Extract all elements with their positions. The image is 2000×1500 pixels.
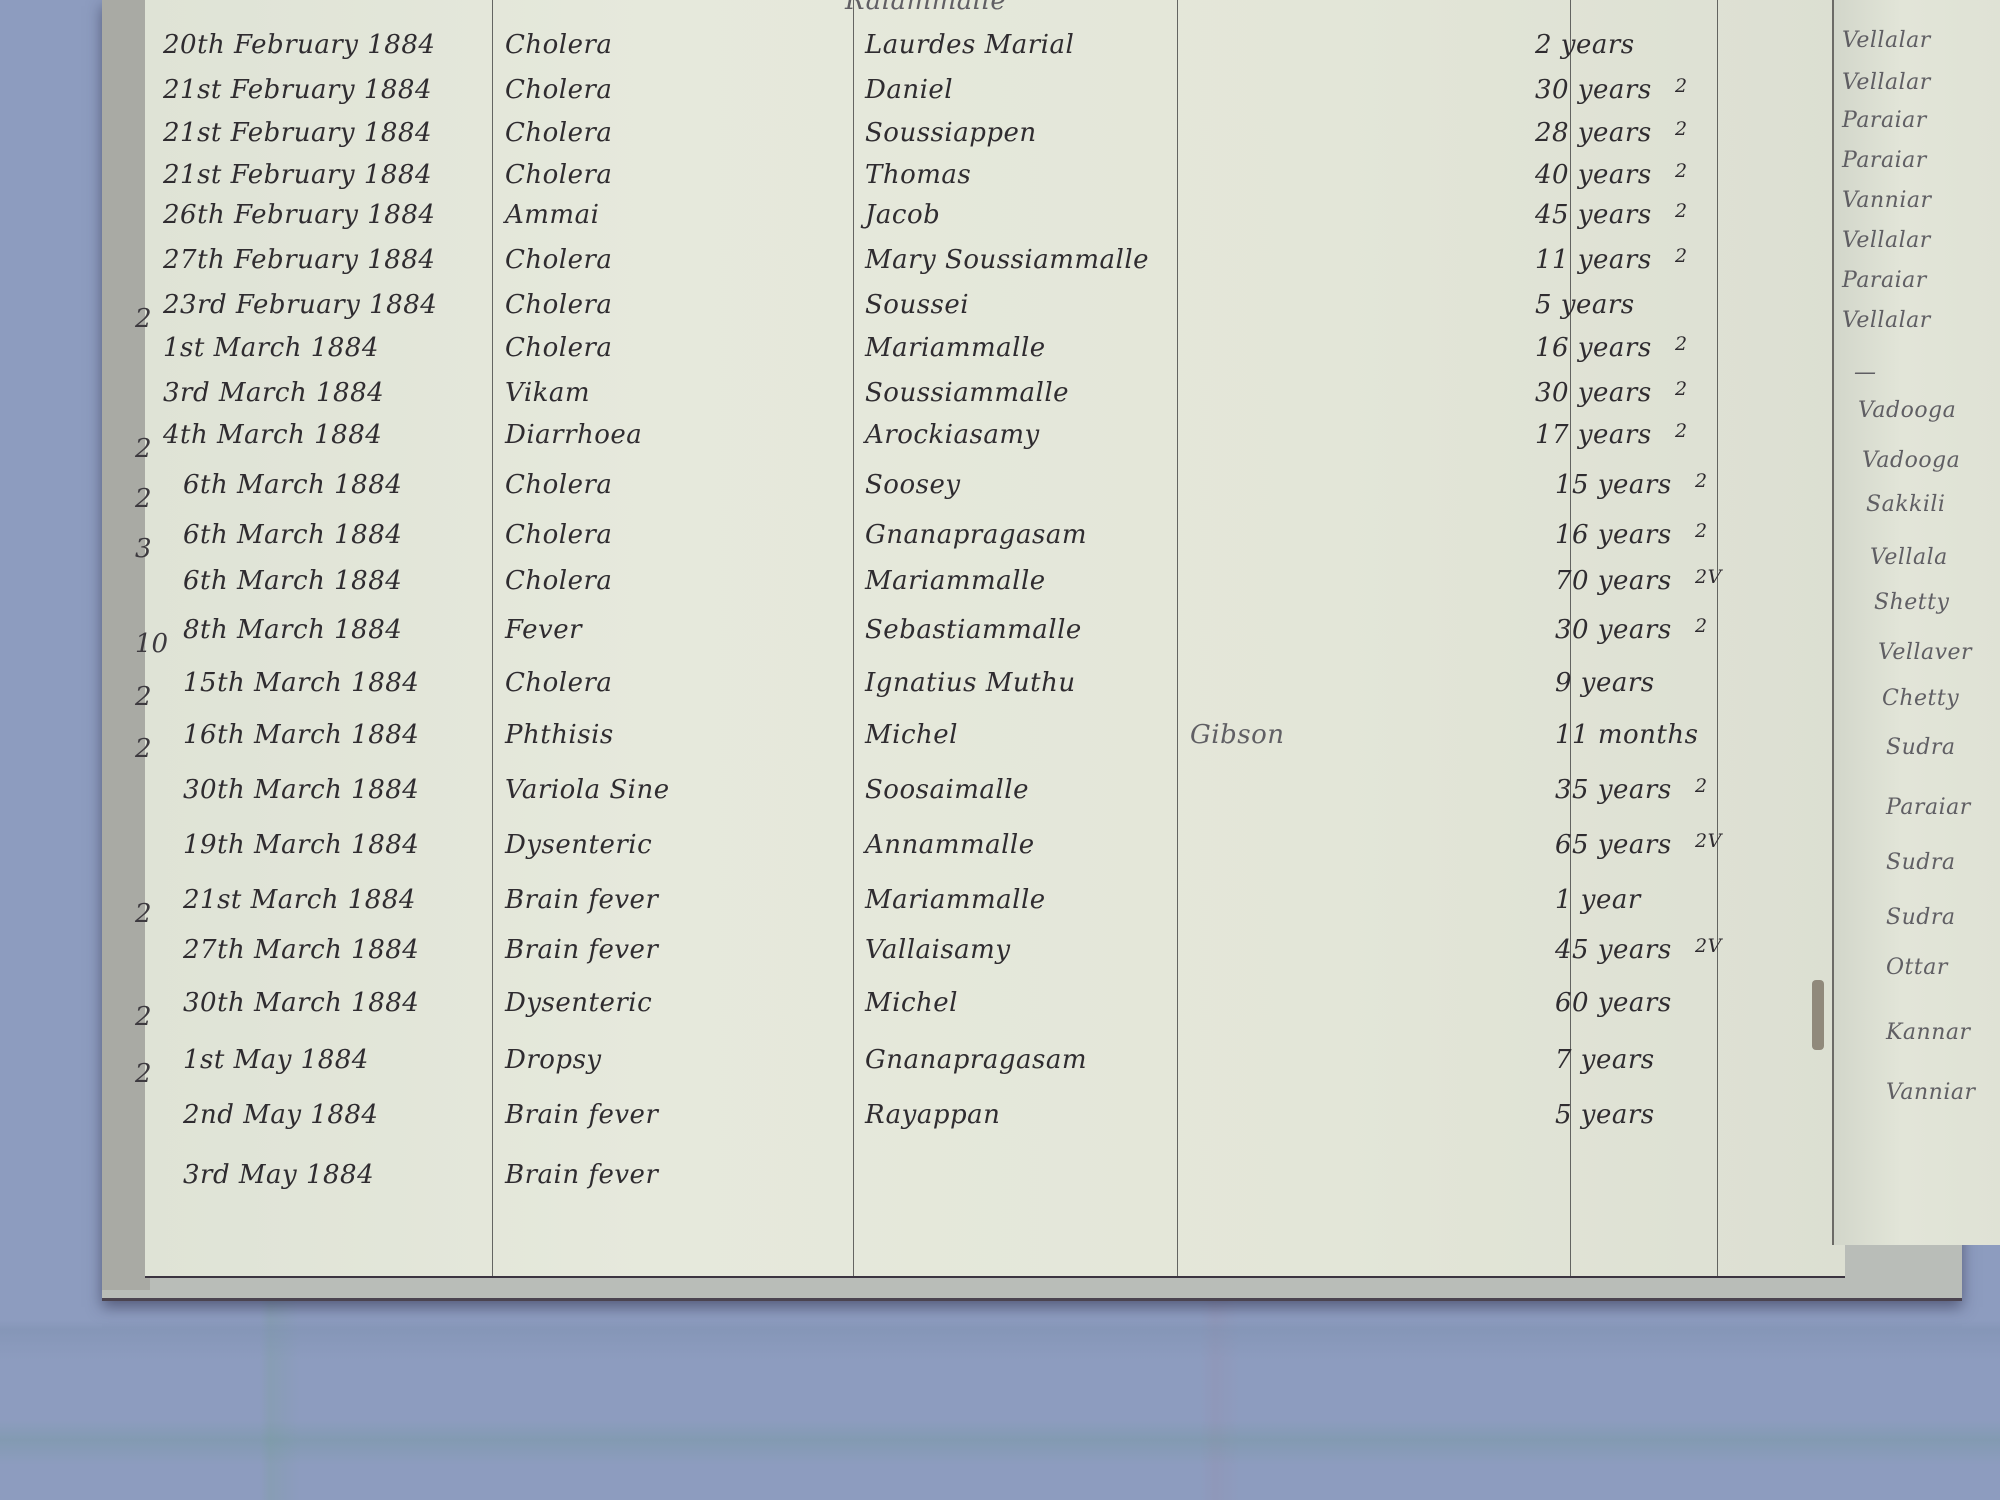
entry-cause: Phthisis <box>505 720 614 750</box>
entry-date: 4th March 1884 <box>163 420 382 450</box>
entry-date: 3rd May 1884 <box>183 1160 374 1190</box>
entry-cause: Brain fever <box>505 1160 658 1190</box>
entry-mark: 2 <box>1675 118 1688 140</box>
entry-name: Rayappan <box>865 1100 1000 1130</box>
entry-date: 15th March 1884 <box>183 668 419 698</box>
entry-name: Mariammalle <box>865 333 1046 363</box>
entry-mark: 2 <box>1675 160 1688 182</box>
entry-age: 2 years <box>1535 30 1635 60</box>
partial-name-top: Raiammalle <box>845 0 1006 16</box>
entry-age: 60 years <box>1555 988 1672 1018</box>
entry-date: 30th March 1884 <box>183 988 419 1018</box>
margin-tally: 3 <box>135 534 152 564</box>
entry-cause: Brain fever <box>505 1100 658 1130</box>
entry-mark: 2V <box>1695 566 1722 588</box>
entry-date: 3rd March 1884 <box>163 378 384 408</box>
register-page-right: VellalarVellalarParaiarParaiarVanniarVel… <box>1832 0 2000 1245</box>
entry-date: 23rd February 1884 <box>163 290 437 320</box>
entry-cause: Cholera <box>505 245 612 275</box>
entry-mark: 2 <box>1675 75 1688 97</box>
entry-name: Annammalle <box>865 830 1035 860</box>
entry-cause: Ammai <box>505 200 599 230</box>
page-tear <box>1812 980 1824 1050</box>
margin-tally: 2 <box>135 1059 152 1089</box>
caste-entry: Vellalar <box>1842 28 1931 53</box>
entry-name: Soussei <box>865 290 969 320</box>
entry-cause: Cholera <box>505 290 612 320</box>
entry-date: 6th March 1884 <box>183 566 402 596</box>
caste-entry: Sudra <box>1886 850 1955 875</box>
entry-mark: 2 <box>1695 775 1708 797</box>
entry-cause: Vikam <box>505 378 590 408</box>
margin-tally: 2 <box>135 899 152 929</box>
caste-entry: Vanniar <box>1842 188 1932 213</box>
entry-date: 16th March 1884 <box>183 720 419 750</box>
entry-name: Soussiappen <box>865 118 1037 148</box>
entry-cause: Cholera <box>505 30 612 60</box>
entry-mark: 2V <box>1695 830 1722 852</box>
entry-cause: Cholera <box>505 566 612 596</box>
entry-name: Ignatius Muthu <box>865 668 1076 698</box>
entry-cause: Cholera <box>505 118 612 148</box>
entry-mark: 2 <box>1675 333 1688 355</box>
entry-date: 6th March 1884 <box>183 520 402 550</box>
entry-age: 11 years <box>1535 245 1652 275</box>
entry-date: 1st March 1884 <box>163 333 379 363</box>
caste-entry: Kannar <box>1886 1020 1971 1045</box>
entry-name: Gnanapragasam <box>865 1045 1087 1075</box>
entry-name: Laurdes Marial <box>865 30 1074 60</box>
column-rule-cause-name <box>853 0 854 1276</box>
entry-date: 20th February 1884 <box>163 30 435 60</box>
margin-tally: 2 <box>135 304 152 334</box>
entry-date: 27th February 1884 <box>163 245 435 275</box>
caste-entry: Vellalar <box>1842 70 1931 95</box>
entry-age: 5 years <box>1555 1100 1655 1130</box>
entry-mark: 2 <box>1675 378 1688 400</box>
entry-date: 1st May 1884 <box>183 1045 369 1075</box>
caste-entry: Vellalar <box>1842 308 1931 333</box>
entry-mark: 2V <box>1695 935 1722 957</box>
margin-tally: 2 <box>135 734 152 764</box>
margin-tally: 2 <box>135 484 152 514</box>
entry-date: 21st March 1884 <box>183 885 416 915</box>
caste-entry: Sudra <box>1886 735 1955 760</box>
entry-cause: Cholera <box>505 470 612 500</box>
margin-tally: 2 <box>135 682 152 712</box>
entry-cause: Brain fever <box>505 935 658 965</box>
entry-cause: Cholera <box>505 75 612 105</box>
entry-cause: Dropsy <box>505 1045 602 1075</box>
entry-mark: 2 <box>1695 615 1708 637</box>
column-rule-name-remarks <box>1177 0 1178 1276</box>
caste-entry: Vellalar <box>1842 228 1931 253</box>
entry-name: Mariammalle <box>865 885 1046 915</box>
caste-entry: Paraiar <box>1842 148 1927 173</box>
column-rule-date-cause <box>492 0 493 1276</box>
entry-age: 65 years <box>1555 830 1672 860</box>
margin-tally: 2 <box>135 1002 152 1032</box>
entry-cause: Cholera <box>505 333 612 363</box>
entry-cause: Cholera <box>505 668 612 698</box>
entry-mark: 2 <box>1695 520 1708 542</box>
entry-name: Michel <box>865 720 958 750</box>
entry-cause: Diarrhoea <box>505 420 642 450</box>
entry-date: 21st February 1884 <box>163 118 432 148</box>
entry-date: 30th March 1884 <box>183 775 419 805</box>
caste-entry: Shetty <box>1874 590 1949 615</box>
entry-cause: Cholera <box>505 520 612 550</box>
entry-name: Vallaisamy <box>865 935 1011 965</box>
entry-name: Mary Soussiammalle <box>865 245 1149 275</box>
column-rule-age-mark <box>1717 0 1718 1276</box>
entry-mark: 2 <box>1675 420 1688 442</box>
caste-entry: Chetty <box>1882 686 1959 711</box>
entry-mark: 2 <box>1675 200 1688 222</box>
entry-age: 1 year <box>1555 885 1641 915</box>
entry-cause: Fever <box>505 615 582 645</box>
entry-cause: Variola Sine <box>505 775 670 805</box>
entry-date: 2nd May 1884 <box>183 1100 378 1130</box>
caste-entry: Ottar <box>1886 955 1948 980</box>
caste-entry: Sakkili <box>1866 492 1945 517</box>
entry-date: 26th February 1884 <box>163 200 435 230</box>
entry-age: 40 years <box>1535 160 1652 190</box>
entry-mark: 2 <box>1675 245 1688 267</box>
entry-name: Sebastiammalle <box>865 615 1082 645</box>
entry-name: Mariammalle <box>865 566 1046 596</box>
entry-age: 16 years <box>1535 333 1652 363</box>
entry-name: Soussiammalle <box>865 378 1069 408</box>
entry-date: 8th March 1884 <box>183 615 402 645</box>
entry-age: 30 years <box>1535 75 1652 105</box>
entry-name: Soosaimalle <box>865 775 1029 805</box>
entry-date: 27th March 1884 <box>183 935 419 965</box>
entry-age: 35 years <box>1555 775 1672 805</box>
entry-age: 70 years <box>1555 566 1672 596</box>
entry-age: 28 years <box>1535 118 1652 148</box>
entry-cause: Cholera <box>505 160 612 190</box>
caste-entry: Vadooga <box>1858 398 1956 423</box>
caste-entry: Paraiar <box>1842 268 1927 293</box>
caste-entry: Paraiar <box>1886 795 1971 820</box>
entry-date: 19th March 1884 <box>183 830 419 860</box>
entry-age: 45 years <box>1555 935 1672 965</box>
entry-age: 45 years <box>1535 200 1652 230</box>
entry-cause: Dysenteric <box>505 988 652 1018</box>
entry-age: 11 months <box>1555 720 1698 750</box>
entry-name: Daniel <box>865 75 953 105</box>
entry-age: 5 years <box>1535 290 1635 320</box>
entry-remark: Gibson <box>1190 720 1284 750</box>
entry-age: 30 years <box>1535 378 1652 408</box>
entry-name: Jacob <box>865 200 940 230</box>
entry-date: 21st February 1884 <box>163 160 432 190</box>
register-page-left: Raiammalle 20th February 1884CholeraLaur… <box>145 0 1845 1278</box>
entry-name: Soosey <box>865 470 961 500</box>
entry-cause: Dysenteric <box>505 830 652 860</box>
entry-date: 6th March 1884 <box>183 470 402 500</box>
entry-age: 9 years <box>1555 668 1655 698</box>
caste-entry: Sudra <box>1886 905 1955 930</box>
entry-age: 16 years <box>1555 520 1672 550</box>
caste-entry: Vellala <box>1870 545 1948 570</box>
entry-date: 21st February 1884 <box>163 75 432 105</box>
entry-mark: 2 <box>1695 470 1708 492</box>
caste-entry: Vanniar <box>1886 1080 1976 1105</box>
caste-entry: Paraiar <box>1842 108 1927 133</box>
entry-name: Thomas <box>865 160 971 190</box>
entry-age: 15 years <box>1555 470 1672 500</box>
entry-age: 30 years <box>1555 615 1672 645</box>
entry-name: Gnanapragasam <box>865 520 1087 550</box>
entry-name: Arockiasamy <box>865 420 1040 450</box>
caste-entry: — <box>1854 360 1877 385</box>
caste-entry: Vellaver <box>1878 640 1972 665</box>
entry-name: Michel <box>865 988 958 1018</box>
margin-tally: 2 <box>135 434 152 464</box>
margin-tally: 10 <box>135 629 168 659</box>
entry-age: 17 years <box>1535 420 1652 450</box>
caste-entry: Vadooga <box>1862 448 1960 473</box>
entry-age: 7 years <box>1555 1045 1655 1075</box>
entry-cause: Brain fever <box>505 885 658 915</box>
